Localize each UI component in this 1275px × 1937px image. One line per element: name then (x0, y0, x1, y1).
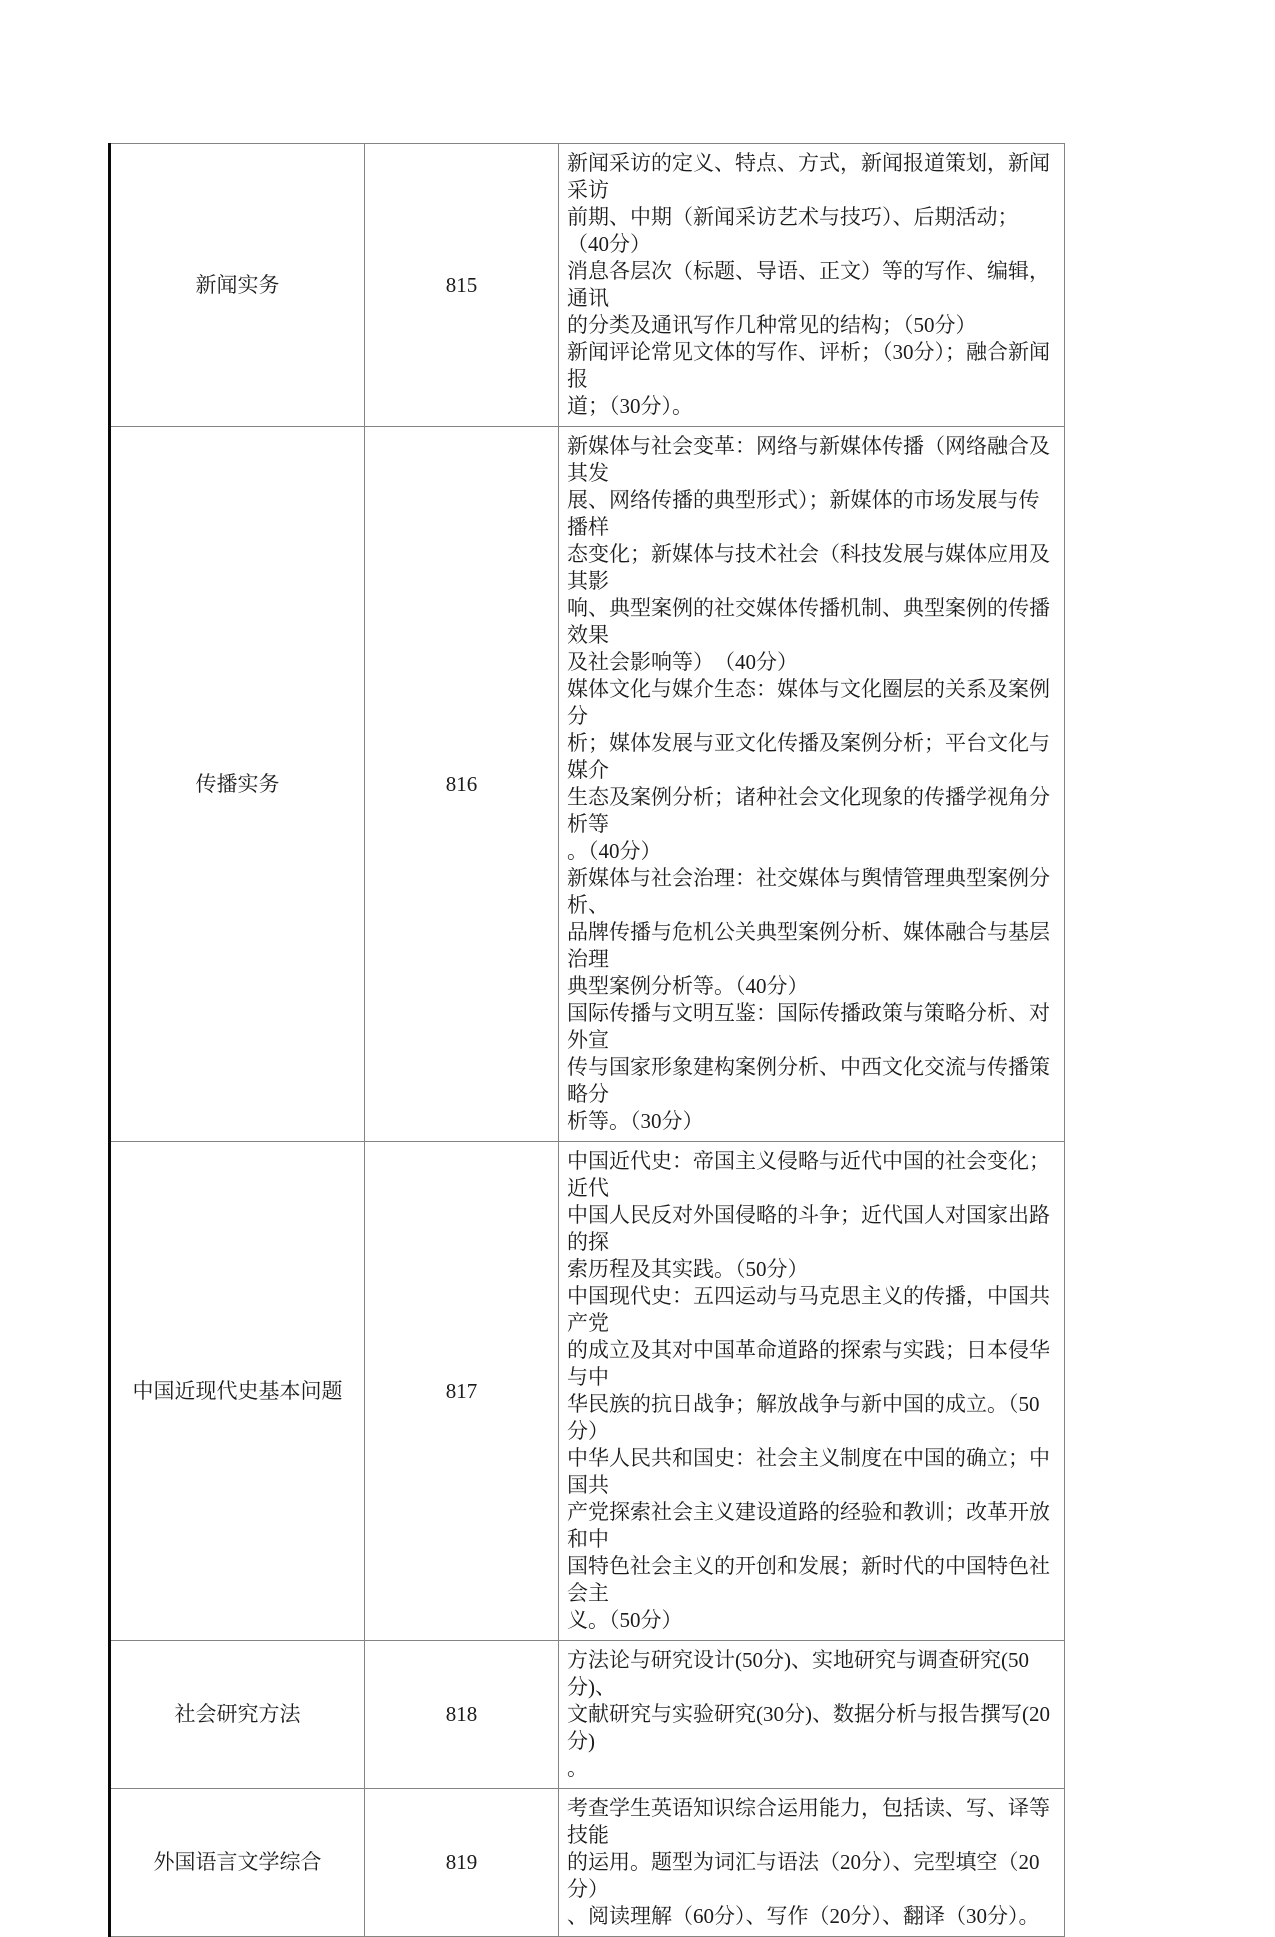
table-row: 外国语言文学综合 819 考查学生英语知识综合运用能力，包括读、写、译等技能 的… (110, 1789, 1065, 1937)
subject-cell: 传播实务 (110, 427, 365, 1142)
document-page: 新闻实务 815 新闻采访的定义、特点、方式，新闻报道策划，新闻采访 前期、中期… (0, 0, 1275, 1650)
syllabus-table: 新闻实务 815 新闻采访的定义、特点、方式，新闻报道策划，新闻采访 前期、中期… (108, 143, 1065, 1937)
code-cell: 817 (365, 1142, 559, 1641)
syllabus-cell: 新媒体与社会变革：网络与新媒体传播（网络融合及其发 展、网络传播的典型形式）；新… (559, 427, 1065, 1142)
subject-cell: 外国语言文学综合 (110, 1789, 365, 1937)
subject-cell: 新闻实务 (110, 144, 365, 427)
syllabus-cell: 考查学生英语知识综合运用能力，包括读、写、译等技能 的运用。题型为词汇与语法（2… (559, 1789, 1065, 1937)
syllabus-cell: 中国近代史：帝国主义侵略与近代中国的社会变化；近代 中国人民反对外国侵略的斗争；… (559, 1142, 1065, 1641)
table-row: 社会研究方法 818 方法论与研究设计(50分)、实地研究与调查研究(50分)、… (110, 1641, 1065, 1789)
code-cell: 816 (365, 427, 559, 1142)
table-row: 中国近现代史基本问题 817 中国近代史：帝国主义侵略与近代中国的社会变化；近代… (110, 1142, 1065, 1641)
syllabus-cell: 方法论与研究设计(50分)、实地研究与调查研究(50分)、 文献研究与实验研究(… (559, 1641, 1065, 1789)
code-cell: 819 (365, 1789, 559, 1937)
table-row: 传播实务 816 新媒体与社会变革：网络与新媒体传播（网络融合及其发 展、网络传… (110, 427, 1065, 1142)
subject-cell: 中国近现代史基本问题 (110, 1142, 365, 1641)
subject-cell: 社会研究方法 (110, 1641, 365, 1789)
table-row: 新闻实务 815 新闻采访的定义、特点、方式，新闻报道策划，新闻采访 前期、中期… (110, 144, 1065, 427)
syllabus-cell: 新闻采访的定义、特点、方式，新闻报道策划，新闻采访 前期、中期（新闻采访艺术与技… (559, 144, 1065, 427)
code-cell: 815 (365, 144, 559, 427)
code-cell: 818 (365, 1641, 559, 1789)
